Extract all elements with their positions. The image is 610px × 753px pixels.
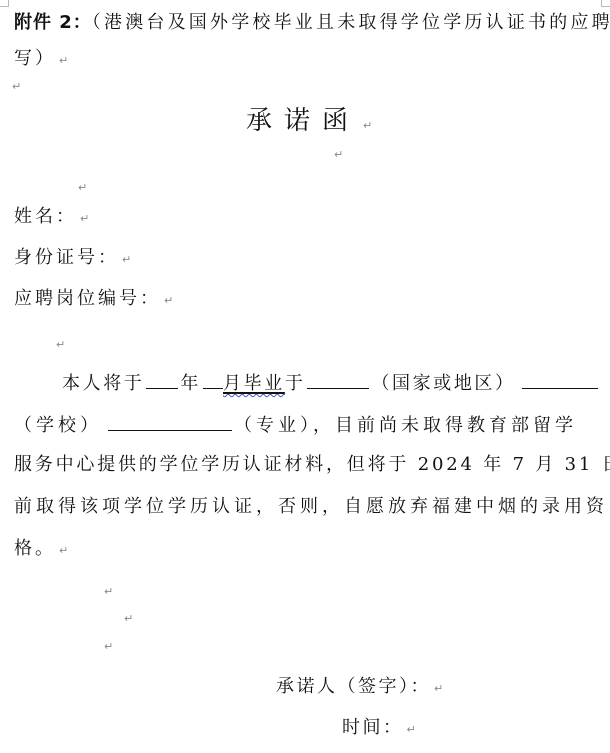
body-text: （专业） (234, 415, 313, 436)
paragraph-mark-icon: ↵ (59, 54, 68, 67)
field-position-code: 应聘岗位编号：↵ (14, 288, 173, 312)
body-text: 前取得该项学位学历认证，否则，自愿放弃福建中烟的录用资 (14, 496, 608, 517)
paragraph-mark-icon: ↵ (334, 148, 343, 161)
graduation-month-blank[interactable] (203, 370, 223, 389)
paragraph-mark-icon: ↵ (78, 181, 87, 194)
body-text: （学校） (14, 415, 102, 436)
body-text: 年 (180, 373, 201, 394)
paragraph-mark-icon: ↵ (56, 338, 65, 351)
graduation-year-blank[interactable] (146, 370, 178, 389)
paragraph-mark-icon: ↵ (434, 682, 443, 695)
body-text: 格。 (14, 538, 56, 559)
body-text-underlined: 月毕业 (223, 373, 285, 394)
spellcheck-flagged-text: 月毕业 (223, 373, 285, 394)
signer-label: 承诺人（签字）： (276, 676, 431, 697)
attachment-description-line2: 写） (14, 48, 56, 69)
signer-line: 承诺人（签字）：↵ (276, 676, 443, 700)
date-line: 时间：↵ (342, 717, 416, 741)
field-name: 姓名：↵ (14, 206, 89, 230)
paragraph-mark-icon: ↵ (122, 253, 131, 266)
attachment-header: 附件 2：（港澳台及国外学校毕业且未取得学位学历认证书的应聘者填 (14, 12, 610, 34)
paragraph-mark-icon: ↵ (407, 723, 416, 736)
paragraph-mark-icon: ↵ (80, 212, 89, 225)
body-text: 于 (285, 373, 306, 394)
paragraph-mark-icon: ↵ (104, 640, 113, 653)
field-name-label: 姓名： (14, 206, 77, 227)
body-line-2: （学校）（专业），目前尚未取得教育部留学 (14, 412, 577, 437)
body-line-4: 前取得该项学位学历认证，否则，自愿放弃福建中烟的录用资 (14, 496, 608, 518)
attachment-description-line2-row: 写）↵ (14, 48, 68, 72)
attachment-label: 附件 2： (14, 12, 92, 33)
paragraph-mark-icon: ↵ (124, 612, 133, 625)
field-position-code-label: 应聘岗位编号： (14, 288, 161, 309)
attachment-description-line1: （港澳台及国外学校毕业且未取得学位学历认证书的应聘者填 (92, 12, 610, 33)
page-corner-mark-left (0, 0, 9, 7)
paragraph-mark-icon: ↵ (363, 119, 372, 132)
page-title: 承诺函↵ (246, 100, 372, 137)
body-text: 服务中心提供的学位学历认证材料，但将于 2024 年 7 月 31 日 (14, 454, 610, 475)
school-blank[interactable] (522, 370, 598, 389)
paragraph-mark-icon: ↵ (104, 585, 113, 598)
country-region-blank[interactable] (307, 370, 369, 389)
body-text: 本人将于 (62, 373, 144, 394)
field-id-number: 身份证号：↵ (14, 247, 131, 271)
paragraph-mark-icon: ↵ (12, 80, 21, 93)
date-label: 时间： (342, 717, 404, 738)
body-line-3: 服务中心提供的学位学历认证材料，但将于 2024 年 7 月 31 日 (14, 454, 610, 476)
field-id-number-label: 身份证号： (14, 247, 119, 268)
page-corner-mark-right (601, 0, 610, 7)
body-text: （国家或地区） (371, 373, 515, 394)
body-line-5: 格。↵ (14, 538, 68, 562)
paragraph-mark-icon: ↵ (59, 544, 68, 557)
major-blank[interactable] (108, 412, 232, 431)
title-text: 承诺函 (246, 106, 360, 136)
body-line-1: 本人将于年月毕业于（国家或地区） (62, 370, 600, 395)
body-text: ，目前尚未取得教育部留学 (313, 415, 577, 436)
paragraph-mark-icon: ↵ (164, 294, 173, 307)
